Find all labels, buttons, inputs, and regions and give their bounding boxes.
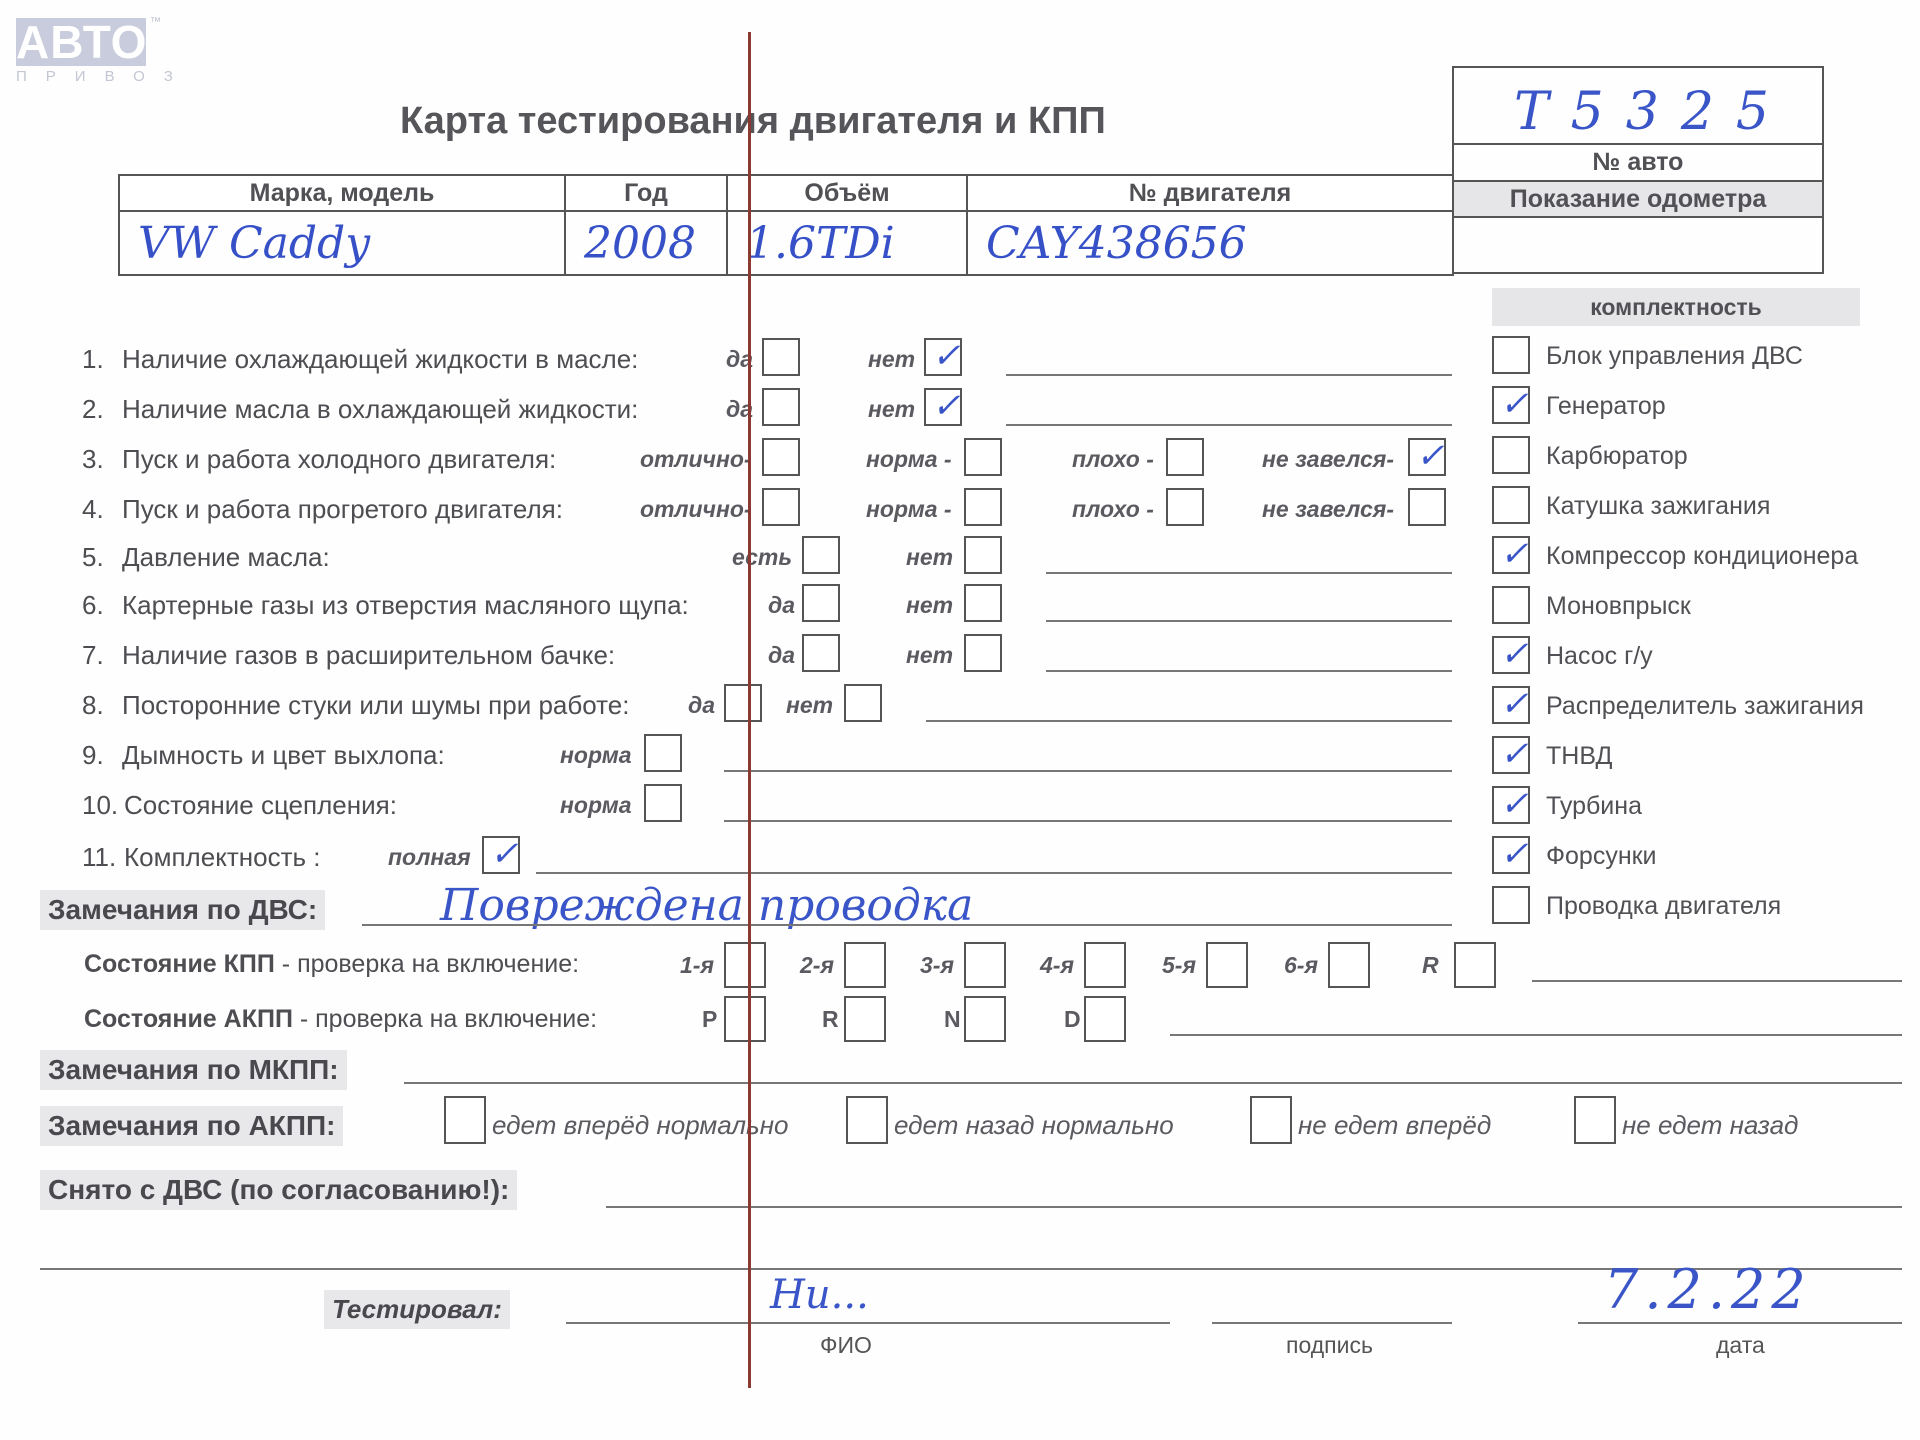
question-number: 11. xyxy=(82,842,116,873)
checkbox[interactable] xyxy=(964,536,1002,574)
option-label: полная xyxy=(388,844,471,871)
option-label: норма xyxy=(560,742,632,769)
gear-label: R xyxy=(1422,952,1439,979)
option-label: нет xyxy=(906,544,953,571)
option-label: норма - xyxy=(866,446,952,473)
option-label: плохо - xyxy=(1072,496,1154,523)
red-vertical-line xyxy=(748,32,751,1388)
gear-checkbox[interactable] xyxy=(1206,942,1248,988)
logo: АВТО xyxy=(16,18,146,66)
checkbox[interactable] xyxy=(762,388,800,426)
completeness-checkbox[interactable] xyxy=(1492,736,1530,774)
engine-remarks-line xyxy=(362,924,1452,926)
fio-line xyxy=(566,1322,1170,1324)
option-label: да xyxy=(768,642,795,669)
akpp-remark-label: не едет вперёд xyxy=(1298,1110,1491,1141)
mode-checkbox[interactable] xyxy=(964,996,1006,1042)
gear-label: 3-я xyxy=(920,952,954,979)
gear-label: 4-я xyxy=(1040,952,1074,979)
page-title: Карта тестирования двигателя и КПП xyxy=(400,100,1106,143)
mkpp-remarks-label: Замечания по МКПП: xyxy=(40,1050,347,1090)
checkbox[interactable] xyxy=(844,684,882,722)
question-text: Комплектность : xyxy=(124,842,321,873)
completeness-item-label: Блок управления ДВС xyxy=(1546,342,1803,371)
notes-line xyxy=(536,872,1452,874)
column-make-model: Марка, модель xyxy=(119,175,565,211)
mode-checkbox[interactable] xyxy=(724,996,766,1042)
logo-trademark: ™ xyxy=(150,16,161,28)
notes-line xyxy=(1006,374,1452,376)
completeness-item-label: Моновпрыск xyxy=(1546,592,1691,621)
completeness-item-label: Генератор xyxy=(1546,392,1666,421)
completeness-checkbox[interactable] xyxy=(1492,686,1530,724)
question-number: 2. xyxy=(82,394,104,425)
question-text: Наличие охлаждающей жидкости в масле: xyxy=(122,344,638,375)
question-text: Пуск и работа холодного двигателя: xyxy=(122,444,556,475)
engine-remarks-label: Замечания по ДВС: xyxy=(40,890,325,930)
option-label: нет xyxy=(906,642,953,669)
notes-line xyxy=(1046,572,1452,574)
question-text: Состояние сцепления: xyxy=(124,790,397,821)
date-label: дата xyxy=(1716,1332,1765,1359)
completeness-item-label: Турбина xyxy=(1546,792,1642,821)
completeness-checkbox[interactable] xyxy=(1492,886,1530,924)
removed-label: Снято с ДВС (по согласованию!): xyxy=(40,1170,517,1210)
completeness-checkbox[interactable] xyxy=(1492,786,1530,824)
option-label: нет xyxy=(906,592,953,619)
vehicle-info-table: Марка, модель Год Объём № двигателя VW C… xyxy=(118,174,1454,276)
akpp-remark-checkbox[interactable] xyxy=(846,1096,888,1144)
question-number: 1. xyxy=(82,344,104,375)
checkbox[interactable] xyxy=(644,784,682,822)
checkbox[interactable] xyxy=(964,634,1002,672)
completeness-item-label: Форсунки xyxy=(1546,842,1657,871)
odometer-label: Показание одометра xyxy=(1454,182,1822,216)
completeness-item-label: Проводка двигателя xyxy=(1546,892,1781,921)
completeness-item-label: Карбюратор xyxy=(1546,442,1688,471)
completeness-checkbox[interactable] xyxy=(1492,536,1530,574)
fio-label: ФИО xyxy=(820,1332,872,1359)
option-label: есть xyxy=(732,544,792,571)
checkbox[interactable] xyxy=(762,438,800,476)
kpp-label: Состояние КПП - проверка на включение: xyxy=(84,950,579,979)
gear-label: 6-я xyxy=(1284,952,1318,979)
mode-checkbox[interactable] xyxy=(1084,996,1126,1042)
option-label: плохо - xyxy=(1072,446,1154,473)
checkbox[interactable] xyxy=(964,438,1002,476)
volume-value[interactable]: 1.6TDi xyxy=(727,211,967,275)
option-label: отлично- xyxy=(640,446,752,473)
checkbox[interactable] xyxy=(1408,438,1446,476)
akpp-label: Состояние АКПП - проверка на включение: xyxy=(84,1005,597,1034)
checkbox[interactable] xyxy=(924,388,962,426)
question-text: Наличие газов в расширительном бачке: xyxy=(122,640,615,671)
completeness-item-label: Распределитель зажигания xyxy=(1546,692,1864,721)
gear-label: 5-я xyxy=(1162,952,1196,979)
gear-checkbox[interactable] xyxy=(1084,942,1126,988)
akpp-remark-checkbox[interactable] xyxy=(1574,1096,1616,1144)
completeness-checkbox[interactable] xyxy=(1492,336,1530,374)
completeness-checkbox[interactable] xyxy=(1492,636,1530,674)
make-model-value[interactable]: VW Caddy xyxy=(119,211,565,275)
mode-label: P xyxy=(702,1006,717,1033)
question-number: 4. xyxy=(82,494,104,525)
question-number: 5. xyxy=(82,542,104,573)
option-label: нет xyxy=(868,346,915,373)
tested-label: Тестировал: xyxy=(324,1290,510,1329)
gear-checkbox[interactable] xyxy=(1454,942,1496,988)
mode-checkbox[interactable] xyxy=(844,996,886,1042)
auto-number-box: T5325 № авто Показание одометра xyxy=(1452,66,1824,274)
gear-checkbox[interactable] xyxy=(844,942,886,988)
completeness-item-label: Компрессор кондиционера xyxy=(1546,542,1858,571)
notes-line xyxy=(1006,424,1452,426)
completeness-item-label: Насос г/у xyxy=(1546,642,1653,671)
question-text: Дымность и цвет выхлопа: xyxy=(122,740,445,771)
removed-line-1 xyxy=(606,1206,1902,1208)
notes-line xyxy=(926,720,1452,722)
completeness-checkbox[interactable] xyxy=(1492,836,1530,874)
checkbox[interactable] xyxy=(762,338,800,376)
notes-line xyxy=(1046,670,1452,672)
checkbox[interactable] xyxy=(802,584,840,622)
column-volume: Объём xyxy=(727,175,967,211)
column-year: Год xyxy=(565,175,727,211)
question-number: 6. xyxy=(82,590,104,621)
question-number: 10. xyxy=(82,790,118,821)
logo-subtitle: ПРИВОЗ xyxy=(16,68,192,85)
question-text: Наличие масла в охлаждающей жидкости: xyxy=(122,394,638,425)
completeness-header: комплектность xyxy=(1492,288,1860,326)
akpp-remark-checkbox[interactable] xyxy=(1250,1096,1292,1144)
notes-line xyxy=(724,770,1452,772)
date-line xyxy=(1578,1322,1902,1324)
engine-number-value[interactable]: CAY438656 xyxy=(967,211,1453,275)
completeness-item-label: ТНВД xyxy=(1546,742,1612,771)
checkbox[interactable] xyxy=(644,734,682,772)
option-label: норма - xyxy=(866,496,952,523)
completeness-checkbox[interactable] xyxy=(1492,386,1530,424)
question-number: 9. xyxy=(82,740,104,771)
checkbox[interactable] xyxy=(482,836,520,874)
question-number: 7. xyxy=(82,640,104,671)
checkbox[interactable] xyxy=(1166,438,1204,476)
signature-line xyxy=(1212,1322,1452,1324)
gear-checkbox[interactable] xyxy=(1328,942,1370,988)
checkbox[interactable] xyxy=(924,338,962,376)
checkbox[interactable] xyxy=(964,584,1002,622)
auto-number-label: № авто xyxy=(1454,148,1822,177)
completeness-checkbox[interactable] xyxy=(1492,436,1530,474)
checkbox[interactable] xyxy=(1166,488,1204,526)
tester-name-value[interactable]: Ни... xyxy=(770,1272,869,1318)
option-label: нет xyxy=(868,396,915,423)
completeness-checkbox[interactable] xyxy=(1492,586,1530,624)
question-text: Пуск и работа прогретого двигателя: xyxy=(122,494,563,525)
option-label: да xyxy=(688,692,715,719)
akpp-notes-line xyxy=(1170,1034,1902,1036)
question-text: Посторонние стуки или шумы при работе: xyxy=(122,690,629,721)
notes-line xyxy=(724,820,1452,822)
question-number: 8. xyxy=(82,690,104,721)
question-text: Давление масла: xyxy=(122,542,330,573)
mode-label: D xyxy=(1064,1006,1081,1033)
option-label: норма xyxy=(560,792,632,819)
option-label: да xyxy=(768,592,795,619)
date-value[interactable]: 7.2.22 xyxy=(1604,1258,1812,1321)
akpp-remark-label: едет назад нормально xyxy=(894,1110,1174,1141)
akpp-remark-label: не едет назад xyxy=(1622,1110,1798,1141)
gear-label: 1-я xyxy=(680,952,714,979)
akpp-remark-checkbox[interactable] xyxy=(444,1096,486,1144)
kpp-notes-line xyxy=(1532,980,1902,982)
question-number: 3. xyxy=(82,444,104,475)
question-text: Картерные газы из отверстия масляного щу… xyxy=(122,590,689,621)
akpp-remark-label: едет вперёд нормально xyxy=(492,1110,788,1141)
auto-number-value[interactable]: T5325 xyxy=(1514,82,1791,142)
option-label: отлично- xyxy=(640,496,752,523)
checkbox[interactable] xyxy=(802,536,840,574)
mode-label: R xyxy=(822,1006,839,1033)
signature-label: подпись xyxy=(1286,1332,1373,1359)
gear-checkbox[interactable] xyxy=(964,942,1006,988)
year-value[interactable]: 2008 xyxy=(565,211,727,275)
option-label: не завелся- xyxy=(1262,496,1394,523)
column-engine-number: № двигателя xyxy=(967,175,1453,211)
gear-label: 2-я xyxy=(800,952,834,979)
checkbox[interactable] xyxy=(964,488,1002,526)
completeness-item-label: Катушка зажигания xyxy=(1546,492,1770,521)
completeness-checkbox[interactable] xyxy=(1492,486,1530,524)
gear-checkbox[interactable] xyxy=(724,942,766,988)
checkbox[interactable] xyxy=(724,684,762,722)
mkpp-remarks-line xyxy=(404,1082,1902,1084)
checkbox[interactable] xyxy=(1408,488,1446,526)
option-label: не завелся- xyxy=(1262,446,1394,473)
checkbox[interactable] xyxy=(762,488,800,526)
akpp-remarks-label: Замечания по АКПП: xyxy=(40,1106,343,1146)
option-label: нет xyxy=(786,692,833,719)
notes-line xyxy=(1046,620,1452,622)
checkbox[interactable] xyxy=(802,634,840,672)
mode-label: N xyxy=(944,1006,961,1033)
